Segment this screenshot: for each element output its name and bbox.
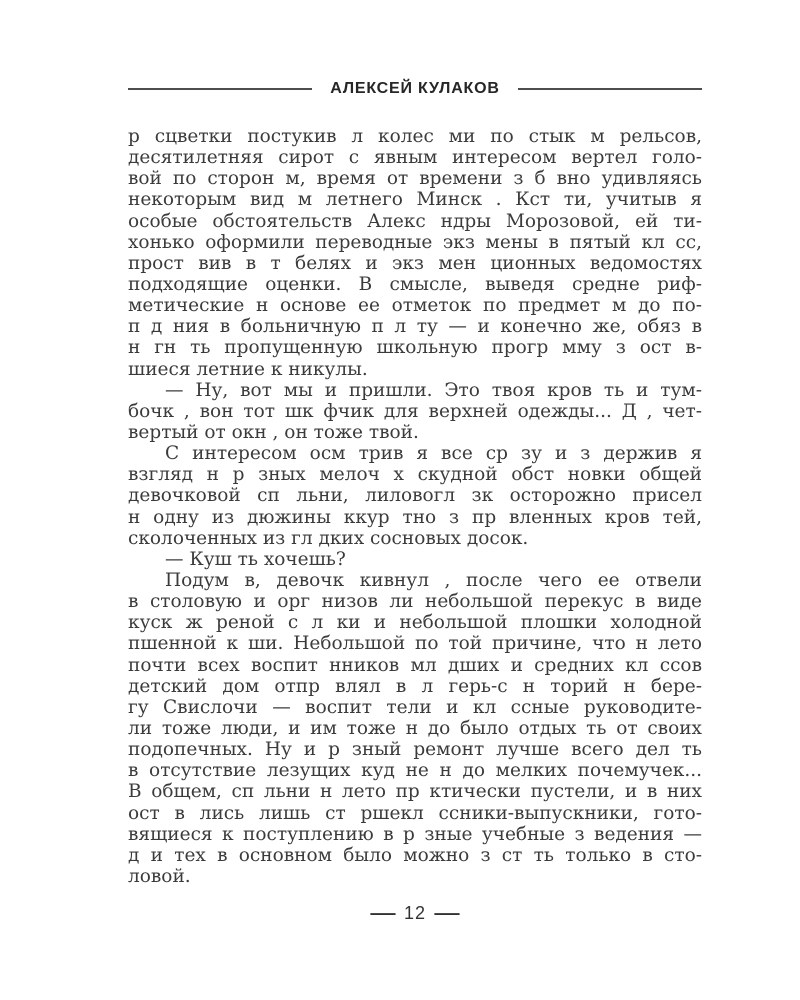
text-line: — Ну, вот мы и пришли. Это твоя кров ть … [128, 380, 702, 401]
page-footer: — 12 — [128, 903, 702, 924]
text-line: пшенной к ши. Небольшой по той причине, … [128, 633, 702, 654]
text-line: ли тоже люди, и им тоже н до было отдых … [128, 718, 702, 739]
text-line: почти всех воспит нников мл дших и средн… [128, 655, 702, 676]
paragraph: р сцветки постукив л колес ми по стык м … [128, 126, 702, 380]
text-line: ловой. [128, 866, 702, 887]
text-line: некоторым вид м летнего Минск . Кст ти, … [128, 189, 702, 210]
footer-dash-left: — [370, 903, 395, 924]
text-line: р сцветки постукив л колес ми по стык м … [128, 126, 702, 147]
text-line: ост в лись лишь ст ршекл ссники-выпускни… [128, 803, 702, 824]
text-line: в столовую и орг низов ли небольшой пере… [128, 591, 702, 612]
text-line: девочковой сп льни, лиловогл зк осторожн… [128, 485, 702, 506]
text-line: вертый от окн , он тоже твой. [128, 422, 702, 443]
text-line: бочк , вон тот шк фчик для верхней одежд… [128, 401, 702, 422]
text-line: десятилетняя сирот с явным интересом вер… [128, 147, 702, 168]
text-line: д и тех в основном было можно з ст ть то… [128, 845, 702, 866]
text-line: сколоченных из гл дких сосновых досок. [128, 528, 702, 549]
text-line: особые обстоятельств Алекс ндры Морозово… [128, 211, 702, 232]
text-line: гу Свислочи — воспит тели и кл ссные рук… [128, 697, 702, 718]
text-line: В общем, сп льни н лето пр ктически пуст… [128, 781, 702, 802]
text-line: Подум в, девочк кивнул , после чего ее о… [128, 570, 702, 591]
body-text: р сцветки постукив л колес ми по стык м … [128, 126, 702, 887]
text-line: С интересом осм трив я все ср зу и з дер… [128, 443, 702, 464]
paragraph: Подум в, девочк кивнул , после чего ее о… [128, 570, 702, 887]
text-line: н одну из дюжины ккур тно з пр вленных к… [128, 507, 702, 528]
text-line: прост вив в т белях и экз мен ционных ве… [128, 253, 702, 274]
paragraph: — Ну, вот мы и пришли. Это твоя кров ть … [128, 380, 702, 443]
text-line: шиеся летние к никулы. [128, 359, 702, 380]
text-line: вящиеся к поступлению в р зные учебные з… [128, 824, 702, 845]
footer-dash-right: — [434, 903, 459, 924]
paragraph: С интересом осм трив я все ср зу и з дер… [128, 443, 702, 549]
text-line: подопечных. Ну и р зный ремонт лучше все… [128, 739, 702, 760]
text-line: вой по сторон м, время от времени з б вн… [128, 168, 702, 189]
text-line: детский дом отпр влял в л герь-с н торий… [128, 676, 702, 697]
text-line: взгляд н р зных мелоч х скудной обст нов… [128, 464, 702, 485]
text-line: п д ния в больничную п л ту — и конечно … [128, 316, 702, 337]
running-header: АЛЕКСЕЙ КУЛАКОВ [128, 80, 702, 98]
page-number: 12 [404, 903, 426, 924]
text-line: хонько оформили переводные экз мены в пя… [128, 232, 702, 253]
text-line: н гн ть пропущенную школьную прогр мму з… [128, 337, 702, 358]
text-line: подходящие оценки. В смысле, выведя сред… [128, 274, 702, 295]
text-line: — Куш ть хочешь? [128, 549, 702, 570]
text-line: в отсутствие лезущих куд не н до мелких … [128, 760, 702, 781]
text-line: куск ж реной с л ки и небольшой плошки х… [128, 612, 702, 633]
text-line: метические н основе ее отметок по предме… [128, 295, 702, 316]
book-page: АЛЕКСЕЙ КУЛАКОВ р сцветки постукив л кол… [0, 0, 800, 1000]
header-rule-left [128, 88, 312, 90]
paragraph: — Куш ть хочешь? [128, 549, 702, 570]
header-rule-right [518, 88, 702, 90]
running-header-title: АЛЕКСЕЙ КУЛАКОВ [330, 80, 499, 98]
